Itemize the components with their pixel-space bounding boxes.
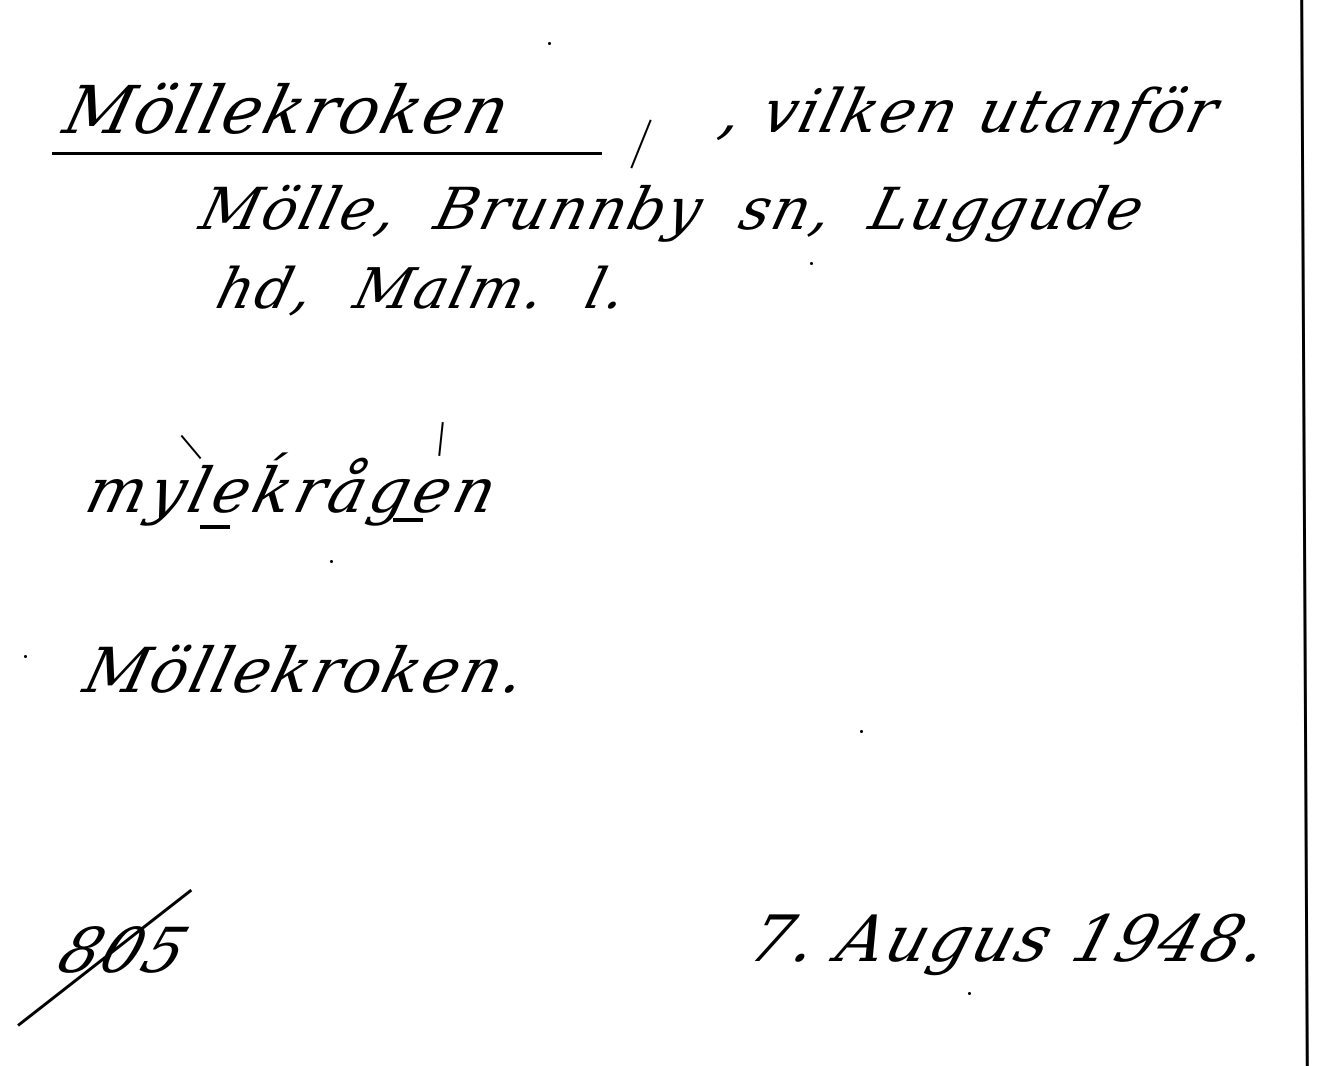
card-number: 805: [51, 920, 198, 982]
headword-underline: [52, 152, 602, 155]
phonetic-underline-l: [200, 525, 230, 529]
comma-mark: [630, 120, 651, 169]
speck: [860, 730, 863, 733]
definition-line-1: , vilken utanför: [715, 82, 1226, 142]
speck: [548, 42, 551, 45]
phonetic-stress-mark: [438, 422, 444, 456]
speck: [24, 655, 27, 658]
card-date: 7. Augus 1948.: [743, 908, 1277, 972]
standard-reading: Möllekroken.: [78, 640, 533, 702]
archive-card: Möllekroken , vilken utanför Mölle, Brun…: [0, 0, 1319, 1066]
definition-line-2: Mölle, Brunnby sn, Luggude: [195, 180, 1152, 238]
headword: Möllekroken: [58, 78, 518, 144]
speck: [810, 262, 813, 265]
definition-line-3: hd, Malm. l.: [211, 262, 634, 318]
phonetic-underline-a: [393, 518, 423, 522]
speck: [968, 992, 971, 995]
speck: [330, 560, 333, 563]
dialect-form: myleḱrågen: [80, 460, 506, 522]
card-edge-line: [1300, 0, 1309, 1066]
